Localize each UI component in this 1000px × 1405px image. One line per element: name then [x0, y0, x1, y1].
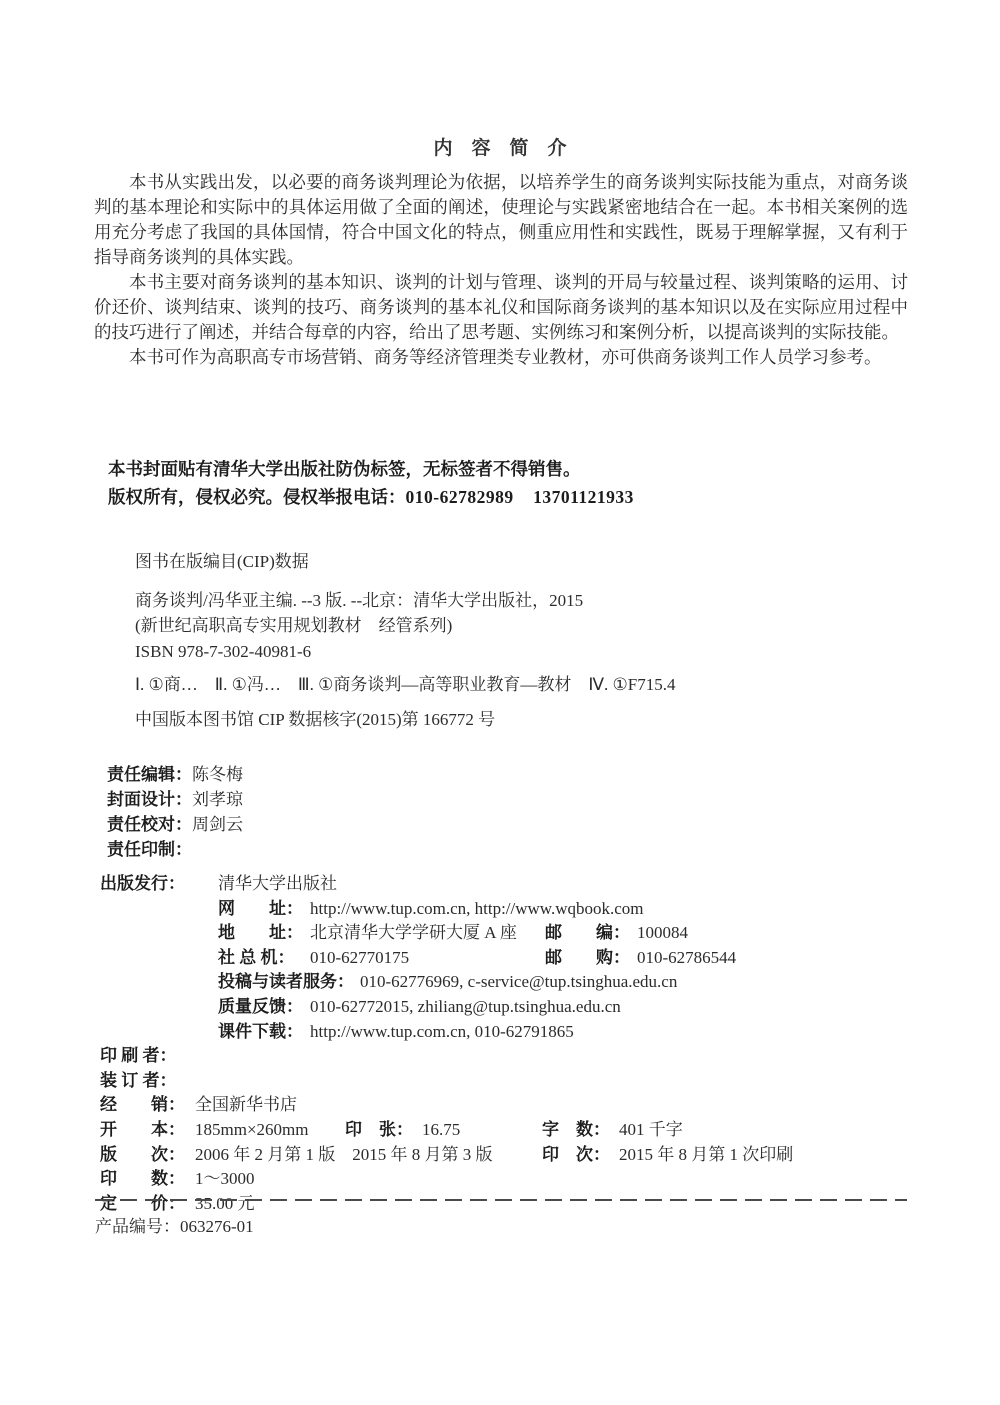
- product-number-label: 产品编号：: [95, 1217, 180, 1236]
- switchboard-row: 社 总 机：010-62770175邮 购：010-62786544: [100, 946, 912, 971]
- address-label: 地 址：: [218, 921, 310, 946]
- publisher-row: 出版发行：清华大学出版社: [100, 872, 912, 897]
- quality-feedback-row: 质量反馈：010-62772015, zhiliang@tup.tsinghua…: [100, 995, 912, 1020]
- address-value: 北京清华大学学研大厦 A 座: [310, 921, 545, 946]
- edition-value: 2006 年 2 月第 1 版 2015 年 8 月第 3 版: [195, 1143, 542, 1168]
- courseware-download-value: http://www.tup.com.cn, 010-62791865: [310, 1022, 574, 1041]
- price-row: 定 价：35.00 元: [100, 1192, 912, 1217]
- courseware-download-row: 课件下载：http://www.tup.com.cn, 010-62791865: [100, 1020, 912, 1045]
- anti-piracy-notice: 本书封面贴有清华大学出版社防伪标签，无标签者不得销售。 版权所有，侵权必究。侵权…: [108, 456, 908, 511]
- intro-title: 内 容 简 介: [0, 133, 1000, 160]
- credit-label: 责任编辑：: [107, 765, 192, 784]
- quality-feedback-value: 010-62772015, zhiliang@tup.tsinghua.edu.…: [310, 997, 621, 1016]
- credit-value: 周剑云: [192, 815, 243, 834]
- price-label: 定 价：: [100, 1192, 195, 1217]
- distributor-row: 经 销：全国新华书店: [100, 1093, 912, 1118]
- sheets-label: 印 张：: [345, 1118, 422, 1143]
- credits-block: 责任编辑：陈冬梅 封面设计：刘孝琼 责任校对：周剑云 责任印制：: [107, 762, 607, 862]
- cip-description: 商务谈判/冯华亚主编. --3 版. --北京：清华大学出版社，2015: [135, 588, 915, 614]
- product-number-value: 063276-01: [180, 1217, 254, 1236]
- format-row: 开 本：185mm×260mm印 张：16.75字 数：401 千字: [100, 1118, 912, 1143]
- impression-value: 2015 年 8 月第 1 次印刷: [619, 1145, 793, 1164]
- print-run-row: 印 数：1～3000: [100, 1167, 912, 1192]
- impression-label: 印 次：: [542, 1143, 619, 1168]
- credit-label: 责任校对：: [107, 815, 192, 834]
- credit-row-print-supervisor: 责任印制：: [107, 837, 607, 862]
- credit-label: 责任印制：: [107, 840, 192, 859]
- price-value: 35.00 元: [195, 1194, 255, 1213]
- copyright-page: 内 容 简 介 本书从实践出发，以必要的商务谈判理论为依据，以培养学生的商务谈判…: [0, 0, 1000, 1405]
- format-value: 185mm×260mm: [195, 1118, 345, 1143]
- intro-paragraph-1: 本书从实践出发，以必要的商务谈判理论为依据，以培养学生的商务谈判实际技能为重点，…: [94, 170, 908, 270]
- mail-order-label: 邮 购：: [545, 946, 637, 971]
- distributor-label: 经 销：: [100, 1093, 195, 1118]
- publisher-label: 出版发行：: [100, 872, 218, 897]
- report-phone-numbers: 010-62782989 13701121933: [406, 487, 634, 507]
- cip-header: 图书在版编目(CIP)数据: [135, 549, 915, 575]
- word-count-label: 字 数：: [542, 1118, 619, 1143]
- reader-service-label: 投稿与读者服务：: [218, 970, 354, 995]
- dashed-divider: [95, 1199, 907, 1201]
- intro-paragraphs: 本书从实践出发，以必要的商务谈判理论为依据，以培养学生的商务谈判实际技能为重点，…: [94, 170, 908, 370]
- intro-paragraph-3: 本书可作为高职高专市场营销、商务等经济管理类专业教材，亦可供商务谈判工作人员学习…: [94, 345, 908, 370]
- intro-paragraph-2: 本书主要对商务谈判的基本知识、谈判的计划与管理、谈判的开局与较量过程、谈判策略的…: [94, 270, 908, 345]
- word-count-value: 401 千字: [619, 1120, 683, 1139]
- sheets-value: 16.75: [422, 1118, 542, 1143]
- cip-series: (新世纪高职高专实用规划教材 经管系列): [135, 613, 915, 639]
- binder-label: 装 订 者：: [100, 1069, 195, 1094]
- format-label: 开 本：: [100, 1118, 195, 1143]
- printer-row: 印 刷 者：: [100, 1044, 912, 1069]
- mail-order-value: 010-62786544: [637, 948, 736, 967]
- edition-label: 版 次：: [100, 1143, 195, 1168]
- printer-label: 印 刷 者：: [100, 1044, 195, 1069]
- website-label: 网 址：: [218, 897, 310, 922]
- credit-value: 陈冬梅: [192, 765, 243, 784]
- credit-row-proofreader: 责任校对：周剑云: [107, 812, 607, 837]
- cip-classification: Ⅰ. ①商… Ⅱ. ①冯… Ⅲ. ①商务谈判—高等职业教育—教材 Ⅳ. ①F71…: [135, 672, 915, 698]
- print-run-label: 印 数：: [100, 1167, 195, 1192]
- edition-row: 版 次：2006 年 2 月第 1 版 2015 年 8 月第 3 版印 次：2…: [100, 1143, 912, 1168]
- quality-feedback-label: 质量反馈：: [218, 995, 310, 1020]
- publisher-name: 清华大学出版社: [218, 874, 337, 893]
- postcode-value: 100084: [637, 923, 688, 942]
- binder-row: 装 订 者：: [100, 1069, 912, 1094]
- website-row: 网 址：http://www.tup.com.cn, http://www.wq…: [100, 897, 912, 922]
- cip-registry-number: 中国版本图书馆 CIP 数据核字(2015)第 166772 号: [135, 707, 915, 733]
- notice-line-1: 本书封面贴有清华大学出版社防伪标签，无标签者不得销售。: [108, 456, 908, 484]
- courseware-download-label: 课件下载：: [218, 1020, 310, 1045]
- notice-line-2-text: 版权所有，侵权必究。侵权举报电话：: [108, 487, 406, 507]
- reader-service-row: 投稿与读者服务：010-62776969, c-service@tup.tsin…: [100, 970, 912, 995]
- reader-service-value: 010-62776969, c-service@tup.tsinghua.edu…: [360, 972, 677, 991]
- credit-row-cover-design: 封面设计：刘孝琼: [107, 787, 607, 812]
- switchboard-value: 010-62770175: [310, 946, 545, 971]
- product-number-row: 产品编号：063276-01: [95, 1214, 595, 1239]
- notice-line-2: 版权所有，侵权必究。侵权举报电话：010-62782989 1370112193…: [108, 484, 908, 512]
- address-row: 地 址：北京清华大学学研大厦 A 座邮 编：100084: [100, 921, 912, 946]
- print-run-value: 1～3000: [195, 1169, 255, 1188]
- publishing-info-block: 出版发行：清华大学出版社 网 址：http://www.tup.com.cn, …: [100, 872, 912, 1216]
- switchboard-label: 社 总 机：: [218, 946, 310, 971]
- cip-block: 图书在版编目(CIP)数据 商务谈判/冯华亚主编. --3 版. --北京：清华…: [135, 549, 915, 732]
- distributor-value: 全国新华书店: [195, 1095, 297, 1114]
- postcode-label: 邮 编：: [545, 921, 637, 946]
- cip-isbn: ISBN 978-7-302-40981-6: [135, 639, 915, 665]
- credit-value: 刘孝琼: [192, 790, 243, 809]
- credit-label: 封面设计：: [107, 790, 192, 809]
- credit-row-editor: 责任编辑：陈冬梅: [107, 762, 607, 787]
- website-value: http://www.tup.com.cn, http://www.wqbook…: [310, 899, 644, 918]
